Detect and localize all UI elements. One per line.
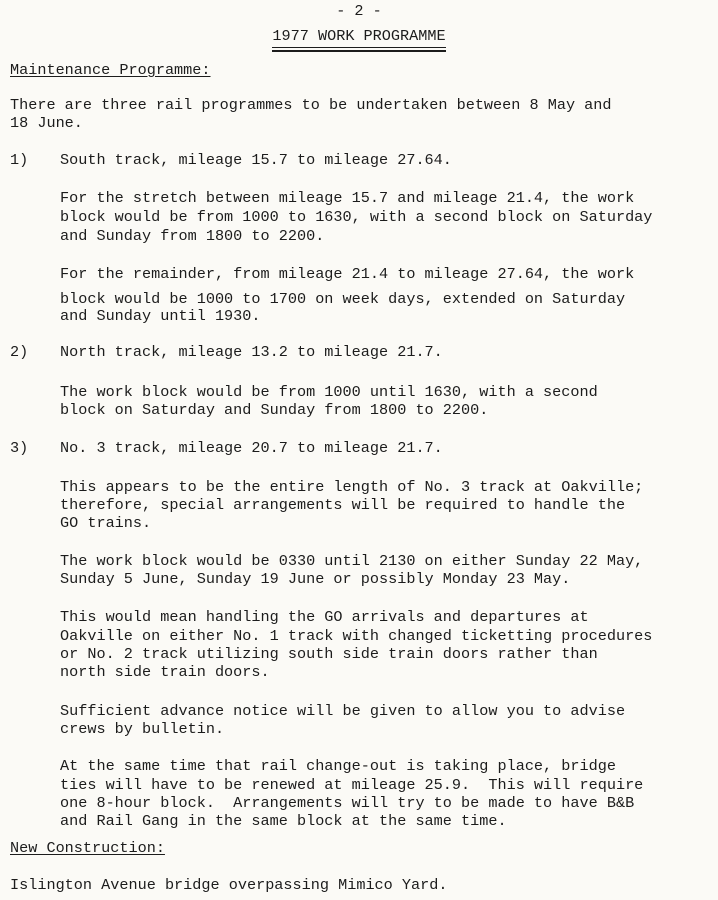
document-page: - 2 - 1977 WORK PROGRAMME Maintenance Pr… (0, 0, 718, 900)
maintenance-heading: Maintenance Programme: (10, 62, 211, 80)
item-1-para-2-line-2: block would be 1000 to 1700 on week days… (60, 291, 625, 309)
new-construction-heading: New Construction: (10, 840, 165, 858)
item-1-para-1-line-3: and Sunday from 1800 to 2200. (60, 228, 324, 246)
item-3-number: 3) (10, 440, 28, 458)
item-2-headline: North track, mileage 13.2 to mileage 21.… (60, 344, 443, 362)
item-3-para-5-line-4: and Rail Gang in the same block at the s… (60, 813, 507, 831)
item-1-para-1-line-1: For the stretch between mileage 15.7 and… (60, 190, 634, 208)
item-3-headline: No. 3 track, mileage 20.7 to mileage 21.… (60, 440, 443, 458)
intro-line-1: There are three rail programmes to be un… (10, 97, 612, 115)
intro-line-2: 18 June. (10, 115, 83, 133)
item-1-para-2-line-3: and Sunday until 1930. (60, 308, 261, 326)
item-1-para-1-line-2: block would be from 1000 to 1630, with a… (60, 209, 652, 227)
item-3-para-1-line-1: This appears to be the entire length of … (60, 479, 643, 497)
item-3-para-3-line-4: north side train doors. (60, 664, 270, 682)
item-3-para-1-line-2: therefore, special arrangements will be … (60, 497, 625, 515)
item-3-para-5-line-2: ties will have to be renewed at mileage … (60, 777, 643, 795)
item-2-para-1-line-2: block on Saturday and Sunday from 1800 t… (60, 402, 488, 420)
item-3-para-5-line-3: one 8-hour block. Arrangements will try … (60, 795, 634, 813)
page-number: - 2 - (0, 3, 718, 21)
document-title: 1977 WORK PROGRAMME (0, 28, 718, 48)
item-3-para-5-line-1: At the same time that rail change-out is… (60, 758, 616, 776)
item-3-para-2-line-1: The work block would be 0330 until 2130 … (60, 553, 643, 571)
item-3-para-4-line-1: Sufficient advance notice will be given … (60, 703, 625, 721)
document-title-text: 1977 WORK PROGRAMME (272, 28, 445, 48)
item-1-para-2-line-1: For the remainder, from mileage 21.4 to … (60, 266, 634, 284)
item-3-para-3-line-3: or No. 2 track utilizing south side trai… (60, 646, 598, 664)
item-3-para-1-line-3: GO trains. (60, 515, 151, 533)
item-2-number: 2) (10, 344, 28, 362)
new-construction-text: Islington Avenue bridge overpassing Mimi… (10, 877, 447, 895)
item-3-para-3-line-1: This would mean handling the GO arrivals… (60, 609, 589, 627)
item-3-para-3-line-2: Oakville on either No. 1 track with chan… (60, 628, 652, 646)
item-1-number: 1) (10, 152, 28, 170)
item-3-para-4-line-2: crews by bulletin. (60, 721, 224, 739)
item-2-para-1-line-1: The work block would be from 1000 until … (60, 384, 598, 402)
item-1-headline: South track, mileage 15.7 to mileage 27.… (60, 152, 452, 170)
item-3-para-2-line-2: Sunday 5 June, Sunday 19 June or possibl… (60, 571, 570, 589)
